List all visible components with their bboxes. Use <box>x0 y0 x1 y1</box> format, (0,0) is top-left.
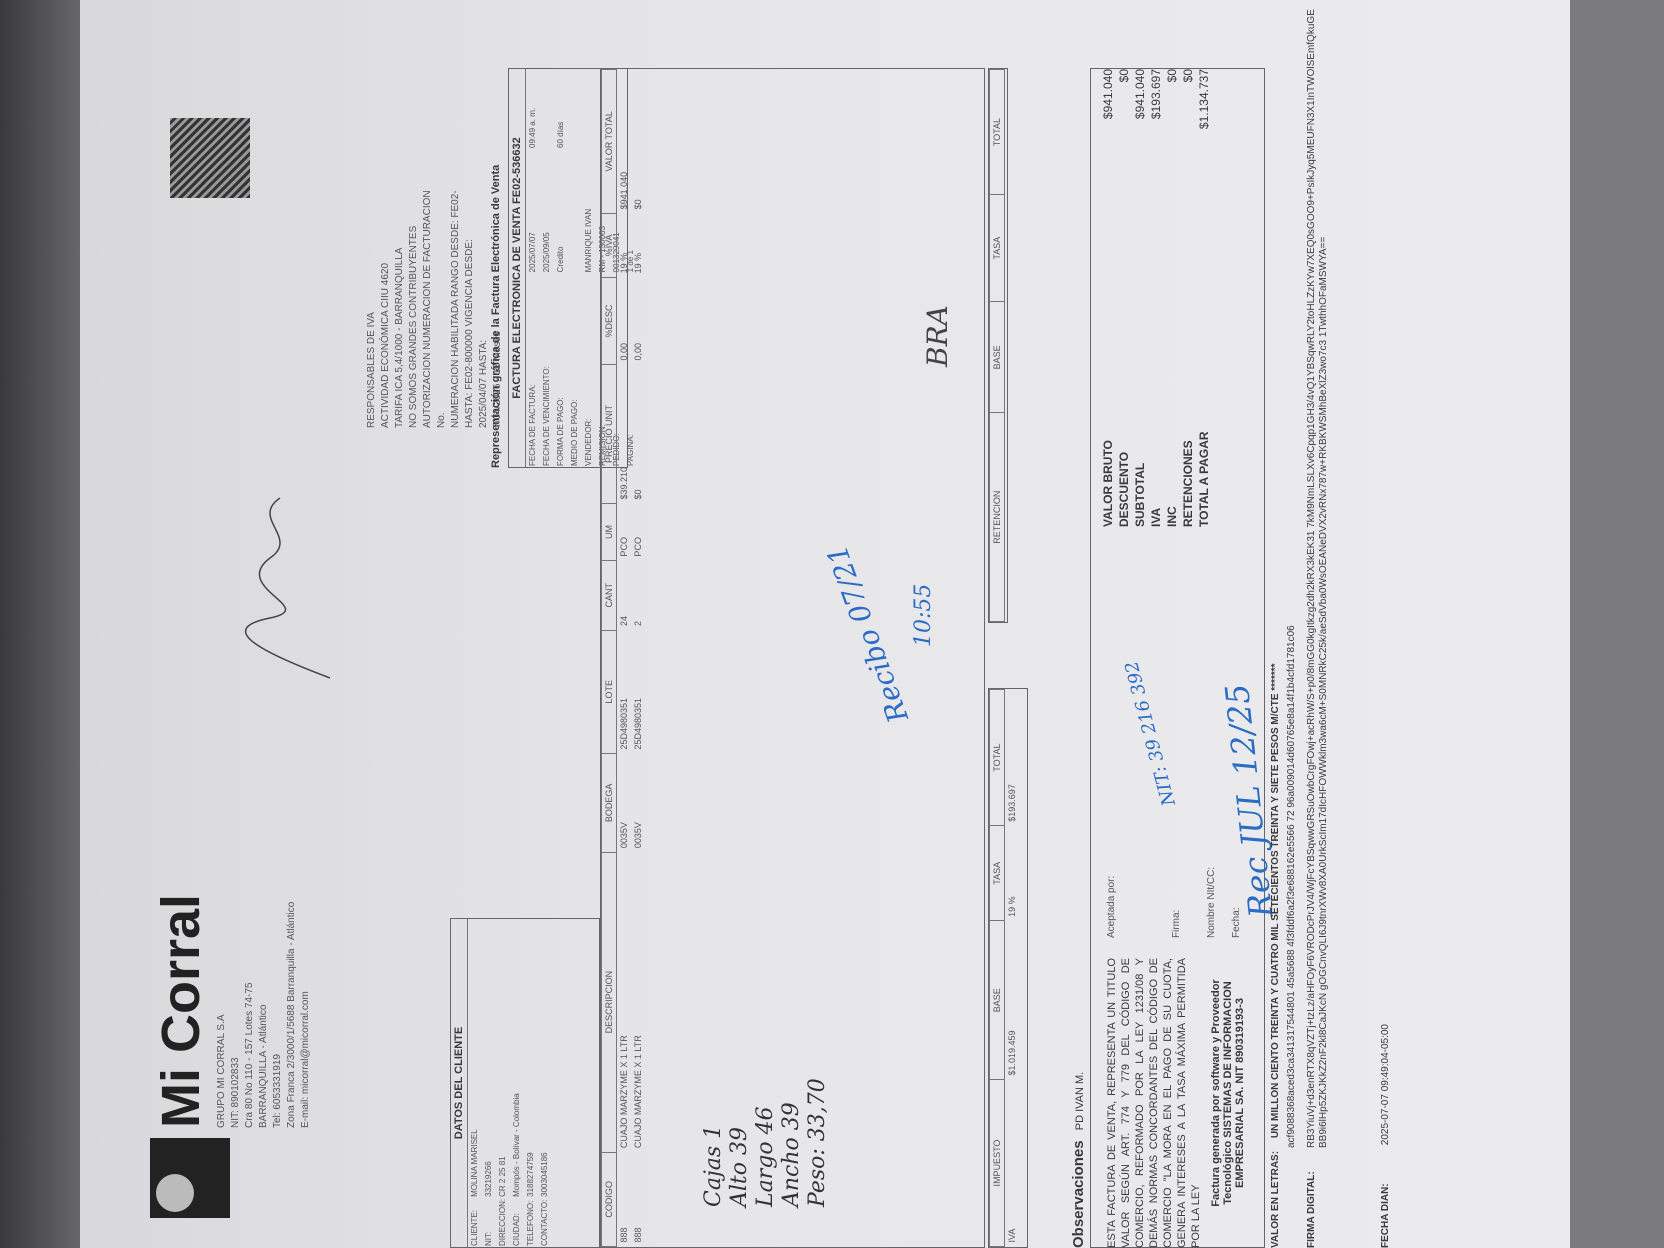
total-row: DESCUENTO$0 <box>1116 68 1132 528</box>
brand-name: Mi Corral <box>150 894 212 1128</box>
cufe: acf9088368aced3ca341317544801 45a5688 4f… <box>1286 48 1297 1148</box>
amount-in-words: VALOR EN LETRAS: UN MILLON CIENTO TREINT… <box>1270 48 1281 1248</box>
items-header: CODIGO DESCRIPCION BODEGA LOTE CANT UM P… <box>602 70 617 1247</box>
dian-date: FECHA DIAN: 2025-07-07 09:49:04-05:00 <box>1380 1024 1391 1248</box>
total-row: INC$0 <box>1164 68 1180 528</box>
total-row: RETENCIONES$0 <box>1180 68 1196 528</box>
representation-title: Representación gráfica de la Factura Ele… <box>490 165 502 468</box>
table-row: 888CUAJO MARZYME X 1 LTR0035V25D49803512… <box>617 70 632 1247</box>
table-row: 888CUAJO MARZYME X 1 LTR0035V25D49803512… <box>631 70 645 1247</box>
legal-text: ESTA FACTURA DE VENTA, REPRESENTA UN TIT… <box>1105 958 1203 1248</box>
handwritten-initials: BRA <box>921 305 954 367</box>
tax-summary-table: IMPUESTOBASETASATOTAL IVA$1.019.45919 %$… <box>989 689 1019 1247</box>
company-logo <box>150 1138 230 1218</box>
observations: Observaciones PD IVAN M. <box>1070 1072 1087 1248</box>
digital-signature: FIRMA DIGITAL: RB3YiuVj+d3enRTX8qVZTj+tz… <box>1306 8 1330 1248</box>
items-box: CODIGO DESCRIPCION BODEGA LOTE CANT UM P… <box>600 68 985 1248</box>
qr-code <box>170 118 250 198</box>
items-table: CODIGO DESCRIPCION BODEGA LOTE CANT UM P… <box>601 69 645 1247</box>
name-label: Nombre NIt/CC: <box>1205 867 1219 938</box>
sun-icon <box>156 1174 194 1212</box>
totals-table: VALOR BRUTO$941.040 DESCUENTO$0 SUBTOTAL… <box>1100 68 1212 528</box>
background-table-surface <box>1560 0 1664 1248</box>
handwritten-received: Recibo 07/21 <box>820 540 915 727</box>
client-box: DATOS DEL CLIENTE CLIENTE:MOLINA MARISEL… <box>450 918 600 1248</box>
company-info: GRUPO MI CORRAL S.A NIT: 890102833 Cra 8… <box>215 828 313 1128</box>
software-provider: Factura generada por software y Proveedo… <box>1210 948 1246 1238</box>
signature-label: Firma: <box>1170 910 1184 938</box>
totals-box: VALOR BRUTO$941.040 DESCUENTO$0 SUBTOTAL… <box>1100 68 1212 528</box>
invoice-title: FACTURA ELECTRONICA DE VENTA FE02-536632 <box>509 69 526 467</box>
total-row: TOTAL A PAGAR$1.134.737 <box>1196 68 1212 528</box>
retention-box: RETENCIONBASETASATOTAL <box>988 68 1008 623</box>
table-row: IVA$1.019.45919 %$193.697 <box>1005 690 1020 1247</box>
handwritten-signature <box>210 488 360 688</box>
background-dark-edge <box>0 0 90 1248</box>
client-fields: CLIENTE:MOLINA MARISEL NIT:33219266 DIRE… <box>468 1092 552 1247</box>
total-row: SUBTOTAL$941.040 <box>1132 68 1148 528</box>
tax-summary-box: IMPUESTOBASETASATOTAL IVA$1.019.45919 %$… <box>988 688 1028 1248</box>
retention-table: RETENCIONBASETASATOTAL <box>989 69 1005 622</box>
total-row: IVA$193.697 <box>1148 68 1164 528</box>
total-row: VALOR BRUTO$941.040 <box>1100 68 1116 528</box>
invoice-document: Mi Corral GRUPO MI CORRAL S.A NIT: 89010… <box>80 0 1570 1248</box>
handwritten-notes: Cajas 1 Alto 39 Largo 46 Ancho 39 Peso: … <box>701 1078 831 1207</box>
handwritten-time: 10:55 <box>911 584 936 647</box>
tax-info: RESPONSABLES DE IVA ACTIVIDAD ECONÓMICA … <box>365 188 505 428</box>
accepted-by-label: Aceptada por: <box>1105 876 1119 938</box>
